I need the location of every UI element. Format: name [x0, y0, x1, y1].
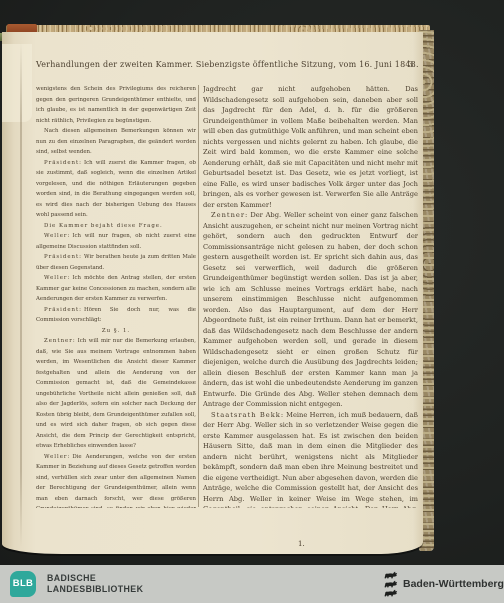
paragraph: Weller:Ich möchte den Antrag stellen, de…: [36, 273, 196, 305]
speaker-name: Zentner:: [44, 338, 76, 344]
section-heading: Zu §. 1.: [36, 326, 196, 337]
paragraph: Die Kammer bejaht diese Frage.: [36, 221, 196, 232]
paragraph: wenigstens den Schein des Privilegiums d…: [36, 84, 196, 126]
state-label: Baden-Württemberg: [403, 578, 504, 590]
paper-patch: [2, 44, 32, 122]
paragraph: Staatsrath Bekk:Meine Herren, ich muß be…: [203, 410, 418, 509]
page-fold-line: [20, 42, 22, 547]
running-header: Verhandlungen der zweiten Kammer. Sieben…: [36, 60, 412, 69]
speaker-name: Zentner:: [211, 211, 248, 219]
paragraph: Nach diesen allgemeinen Bemerkungen könn…: [36, 126, 196, 158]
paragraph: Weller:Die Aenderungen, welche von der e…: [36, 452, 196, 509]
speaker-name: Weller:: [44, 233, 70, 239]
speaker-name: Präsident:: [44, 307, 82, 313]
paragraph: Präsident:Hören Sie doch nur, was die Co…: [36, 305, 196, 326]
blb-library-logo[interactable]: BLB BADISCHE LANDESBIBLIOTHEK: [10, 570, 143, 597]
paragraph: Präsident:Wir berathen heute ja zum drit…: [36, 252, 196, 273]
speaker-name: Staatsrath Bekk:: [211, 411, 284, 419]
paragraph: Präsident:Ich will zuerst die Kammer fra…: [36, 158, 196, 221]
page-number: 3: [408, 60, 413, 70]
baden-wuerttemberg-logo[interactable]: Baden-Württemberg: [383, 570, 504, 597]
speaker-name: Präsident:: [44, 160, 82, 166]
book-page: Verhandlungen der zweiten Kammer. Sieben…: [2, 32, 423, 554]
paragraph: Weller:Ich will nur fragen, ob nicht zue…: [36, 231, 196, 252]
speaker-name: Präsident:: [44, 254, 82, 260]
library-name: BADISCHE LANDESBIBLIOTHEK: [47, 573, 143, 595]
signature-mark: 1.: [298, 540, 305, 548]
viewer-footer: BLB BADISCHE LANDESBIBLIOTHEK Baden-Würt…: [0, 565, 504, 603]
left-text-column: wenigstens den Schein des Privilegiums d…: [36, 84, 196, 508]
library-name-line1: BADISCHE: [47, 573, 143, 584]
speaker-name: Weller:: [44, 454, 70, 460]
paragraph: Zentner:Der Abg. Weller scheint von eine…: [203, 210, 418, 410]
column-divider: [198, 85, 199, 507]
scan-background: Verhandlungen der zweiten Kammer. Sieben…: [0, 0, 504, 565]
paragraph: Zentner:Ich will mir nur die Bemerkung e…: [36, 336, 196, 452]
blb-logo-icon: BLB: [10, 571, 36, 597]
three-lions-icon: [383, 571, 398, 597]
speaker-name: Weller:: [44, 275, 70, 281]
right-text-column: Jagdrecht gar nicht aufgehoben hätten. D…: [203, 84, 418, 508]
library-name-line2: LANDESBIBLIOTHEK: [47, 584, 143, 595]
paragraph: Jagdrecht gar nicht aufgehoben hätten. D…: [203, 84, 418, 210]
